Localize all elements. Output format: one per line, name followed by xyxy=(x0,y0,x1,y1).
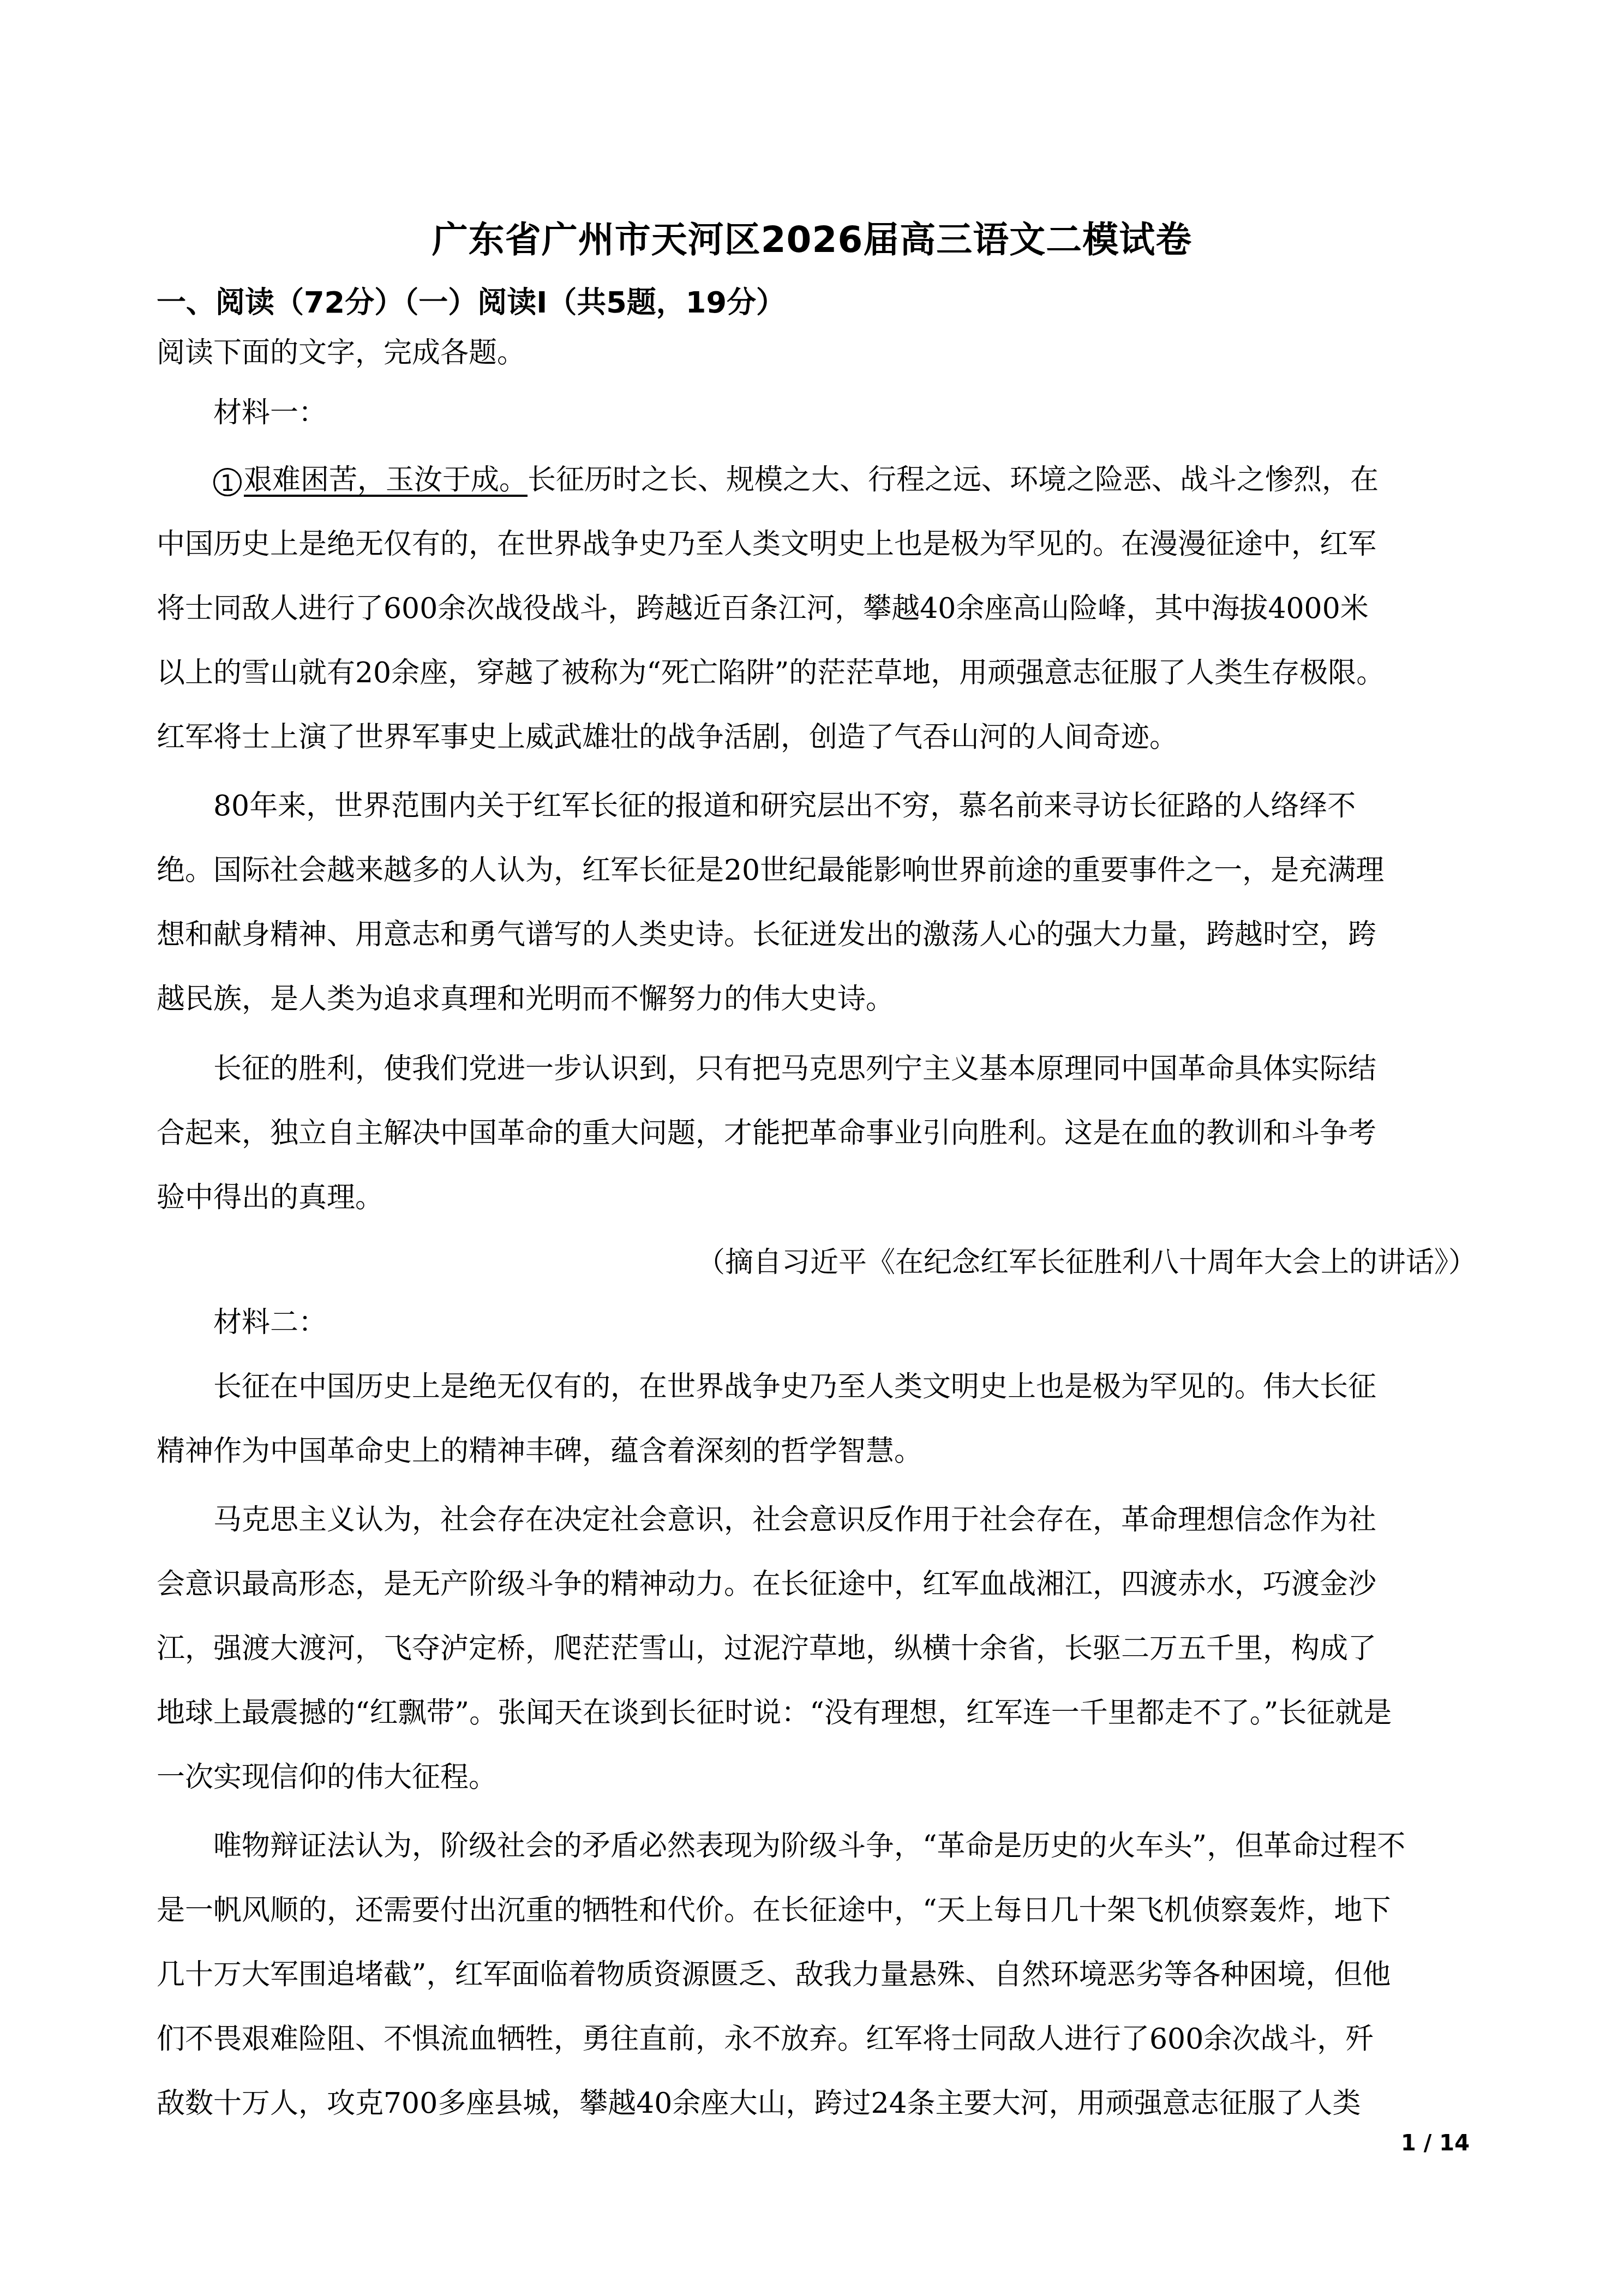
paragraph-line: 唯物辩证法认为，阶级社会的矛盾必然表现为阶级斗争，“革命是历史的火车头”，但革命… xyxy=(213,1827,1405,1865)
line-text: 长征历时之长、规模之大、行程之远、环境之险恶、战斗之惨烈，在 xyxy=(528,464,1379,496)
paragraph-line: 精神作为中国革命史上的精神丰碑，蕴含着深刻的哲学智慧。 xyxy=(157,1432,922,1470)
page-number: 1 / 14 xyxy=(1401,2130,1470,2157)
instruction-text: 阅读下面的文字，完成各题。 xyxy=(157,334,525,372)
paragraph-line: 敌数十万人，攻克700多座县城，攀越40余座大山，跨过24条主要大河，用顽强意志… xyxy=(157,2084,1361,2123)
underlined-phrase: 艰难困苦，玉汝于成。 xyxy=(244,464,528,496)
paragraph-line: 以上的雪山就有20余座，穿越了被称为“死亡陷阱”的茫茫草地，用顽强意志征服了人类… xyxy=(157,654,1385,692)
paragraph-line: 长征在中国历史上是绝无仅有的，在世界战争史乃至人类文明史上也是极为罕见的。伟大长… xyxy=(213,1368,1376,1406)
paragraph-line: 合起来，独立自主解决中国革命的重大问题，才能把革命事业引向胜利。这是在血的教训和… xyxy=(157,1114,1376,1152)
paragraph-line: 们不畏艰难险阻、不惧流血牺牲，勇往直前，永不放弃。红军将士同敌人进行了600余次… xyxy=(157,2020,1374,2058)
material-two-label: 材料二： xyxy=(213,1303,327,1342)
paragraph-line: 长征的胜利，使我们党进一步认识到，只有把马克思列宁主义基本原理同中国革命具体实际… xyxy=(213,1050,1376,1088)
paragraph-line: 几十万大军围追堵截”，红军面临着物质资源匮乏、敌我力量悬殊、自然环境恶劣等各种困… xyxy=(157,1956,1391,1994)
paragraph-line: 会意识最高形态，是无产阶级斗争的精神动力。在长征途中，红军血战湘江，四渡赤水，巧… xyxy=(157,1565,1376,1603)
material-one-label: 材料一： xyxy=(213,394,327,432)
paragraph-line: 红军将士上演了世界军事史上威武雄壮的战争活剧，创造了气吞山河的人间奇迹。 xyxy=(157,718,1178,756)
paragraph-line: 江，强渡大渡河，飞夺泸定桥，爬茫茫雪山，过泥泞草地，纵横十余省，长驱二万五千里，… xyxy=(157,1630,1376,1668)
paragraph-line: 想和献身精神、用意志和勇气谱写的人类史诗。长征迸发出的激荡人心的强大力量，跨越时… xyxy=(157,916,1376,954)
paragraph-line: 1艰难困苦，玉汝于成。长征历时之长、规模之大、行程之远、环境之险恶、战斗之惨烈，… xyxy=(213,461,1379,499)
paragraph-line: 80年来，世界范围内关于红军长征的报道和研究层出不穷，慕名前来寻访长征路的人络绎… xyxy=(213,787,1356,825)
paragraph-line: 将士同敌人进行了600余次战役战斗，跨越近百条江河，攀越40余座高山险峰，其中海… xyxy=(157,590,1369,628)
paragraph-line: 越民族，是人类为追求真理和光明而不懈努力的伟大史诗。 xyxy=(157,980,894,1018)
source-citation: （摘自习近平《在纪念红军长征胜利八十周年大会上的讲话》） xyxy=(697,1243,1477,1282)
circled-number-marker: 1 xyxy=(213,468,242,496)
paragraph-line: 绝。国际社会越来越多的人认为，红军长征是20世纪最能影响世界前途的重要事件之一，… xyxy=(157,851,1384,889)
paragraph-line: 地球上最震撼的“红飘带”。张闻天在谈到长征时说：“没有理想，红军连一千里都走不了… xyxy=(157,1694,1392,1732)
paragraph-line: 一次实现信仰的伟大征程。 xyxy=(157,1758,497,1796)
paragraph-line: 马克思主义认为，社会存在决定社会意识，社会意识反作用于社会存在，革命理想信念作为… xyxy=(213,1501,1376,1539)
paragraph-line: 中国历史上是绝无仅有的，在世界战争史乃至人类文明史上也是极为罕见的。在漫漫征途中… xyxy=(157,525,1376,563)
paragraph-line: 是一帆风顺的，还需要付出沉重的牺牲和代价。在长征途中，“天上每日几十架飞机侦察轰… xyxy=(157,1891,1391,1930)
section-heading: 一、阅读（72分）（一）阅读Ⅰ（共5题，19分） xyxy=(157,284,786,322)
exam-page: 广东省广州市天河区2026届高三语文二模试卷 一、阅读（72分）（一）阅读Ⅰ（共… xyxy=(0,0,1624,2296)
paragraph-line: 验中得出的真理。 xyxy=(157,1179,383,1217)
exam-title: 广东省广州市天河区2026届高三语文二模试卷 xyxy=(0,215,1624,265)
